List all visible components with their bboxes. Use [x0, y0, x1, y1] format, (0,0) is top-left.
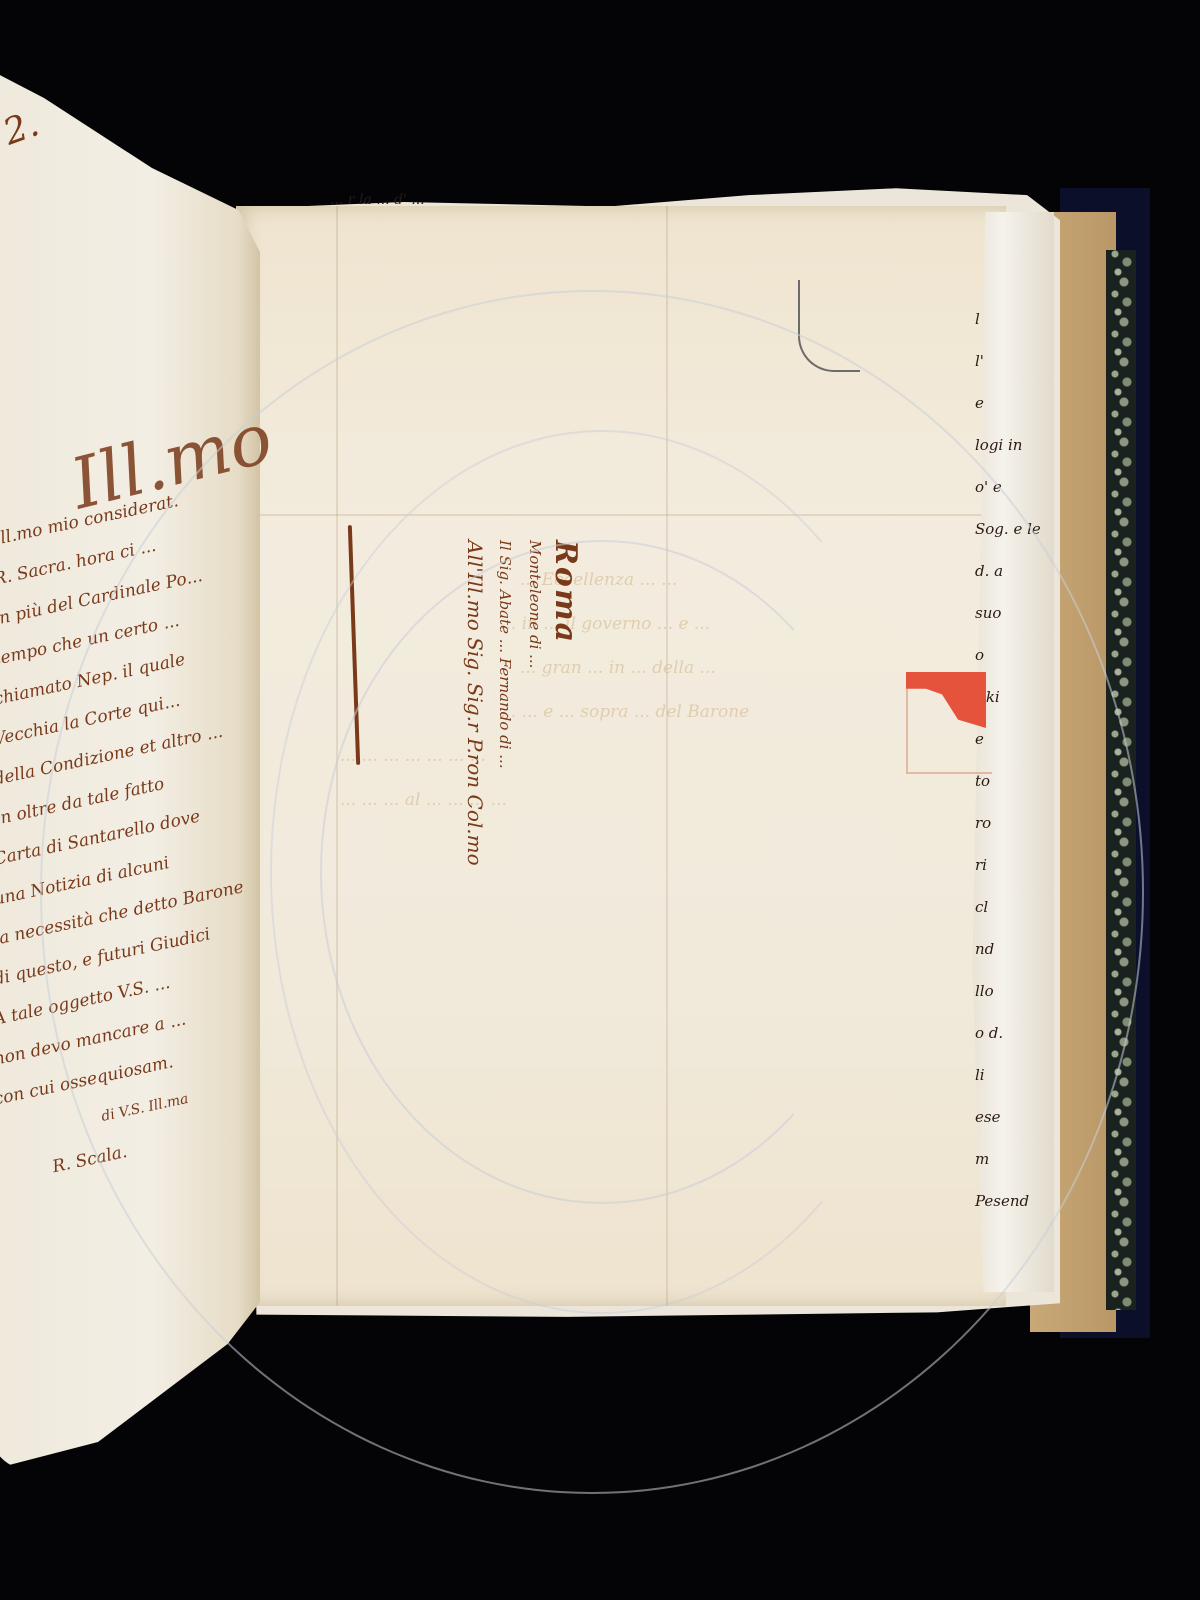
margin-fragment: Pesend [975, 1192, 1055, 1234]
margin-fragment: ro [975, 814, 1055, 856]
address-line: Il Sig. Abate ... Fernando di ... [490, 540, 520, 920]
pencil-mark [798, 280, 860, 372]
margin-fragment: e [975, 394, 1055, 436]
margin-fragment: ri [975, 856, 1055, 898]
margin-fragment: li [975, 1066, 1055, 1108]
left-page-text: Ill.mo mio considerat. R. Sacra. hora ci… [0, 520, 254, 1200]
address-line: All'Ill.mo Sig. Sig.r P.ron Col.mo [460, 540, 490, 920]
margin-fragment: l' [975, 352, 1055, 394]
copyright-icon: © [560, 730, 580, 754]
margin-fragment: Sog. e le [975, 520, 1055, 562]
margin-fragment: nd [975, 940, 1055, 982]
margin-fragment: llo [975, 982, 1055, 1024]
margin-fragment: d. a [975, 562, 1055, 604]
margin-fragment: ese [975, 1108, 1055, 1150]
margin-fragment: l [975, 310, 1055, 352]
address-block: Roma Monteleone di ... Il Sig. Abate ...… [360, 540, 580, 920]
margin-fragment: logi in [975, 436, 1055, 478]
margin-fragment: o d. [975, 1024, 1055, 1066]
top-edge-text: ... r la ... d' ... [330, 192, 425, 208]
address-line: Monteleone di ... [520, 540, 550, 920]
margin-fragment: suo [975, 604, 1055, 646]
margin-fragment: m [975, 1150, 1055, 1192]
margin-fragment: o' e [975, 478, 1055, 520]
margin-fragment: to [975, 772, 1055, 814]
margin-fragment: cl [975, 898, 1055, 940]
marbled-cover-edge [1106, 250, 1136, 1310]
